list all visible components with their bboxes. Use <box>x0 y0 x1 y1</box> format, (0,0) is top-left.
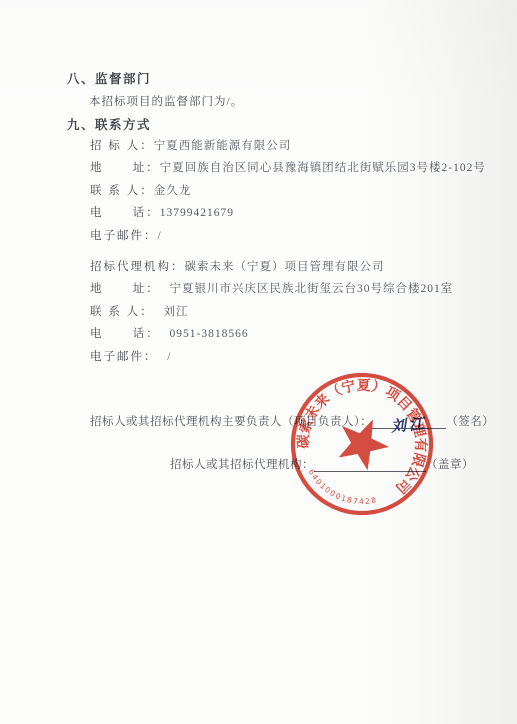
tenderer-label: 电子邮件： <box>90 230 158 242</box>
agency-row: 招标代理机构：碳索未来（宁夏）项目管理有限公司 <box>90 258 385 274</box>
agency-value: 0951-3818566 <box>170 328 249 340</box>
document-page: 八、监督部门 本招标项目的监督部门为/。 九、联系方式 招 标 人：宁夏西能新能… <box>0 0 517 724</box>
tenderer-label: 联 系 人： <box>90 185 154 197</box>
tenderer-row: 地 址：宁夏回族自治区同心县豫海镇团结北街赋乐园3号楼2-102号 <box>90 159 486 175</box>
agency-value: 宁夏银川市兴庆区民族北街玺云台30号综合楼201室 <box>170 283 454 295</box>
tenderer-value: / <box>158 230 162 242</box>
section-9-heading: 九、联系方式 <box>67 115 151 133</box>
agency-row: 电 话： 0951-3818566 <box>90 325 249 341</box>
agency-value: 刘江 <box>164 306 189 318</box>
agency-value: 碳索未来（宁夏）项目管理有限公司 <box>185 261 385 273</box>
tenderer-value: 13799421679 <box>160 207 234 219</box>
agency-label: 招标代理机构： <box>90 261 185 273</box>
agency-row: 地 址： 宁夏银川市兴庆区民族北街玺云台30号综合楼201室 <box>90 280 453 296</box>
agency-label: 电子邮件： <box>90 351 167 363</box>
seal-star <box>330 409 397 475</box>
agency-value: / <box>167 351 171 363</box>
tenderer-label: 地 址： <box>90 162 160 174</box>
tenderer-row: 招 标 人：宁夏西能新能源有限公司 <box>90 137 291 153</box>
agency-label: 联 系 人： <box>90 306 164 318</box>
tenderer-value: 宁夏西能新能源有限公司 <box>154 140 292 152</box>
tenderer-label: 招 标 人： <box>90 140 154 152</box>
agency-label: 地 址： <box>90 283 170 295</box>
tenderer-value: 金久龙 <box>154 185 192 197</box>
tenderer-row: 电 话：13799421679 <box>90 204 234 220</box>
agency-row: 电子邮件： / <box>90 348 171 364</box>
tenderer-row: 电子邮件：/ <box>90 227 162 243</box>
company-seal-stamp: 碳索未来（宁夏）项目管理有限公司 6401000187428 <box>256 338 467 549</box>
agency-label: 电 话： <box>90 328 170 340</box>
agency-row: 联 系 人： 刘江 <box>90 303 189 319</box>
tenderer-label: 电 话： <box>90 207 160 219</box>
section-8-body: 本招标项目的监督部门为/。 <box>89 93 243 109</box>
section-8-heading: 八、监督部门 <box>67 69 151 87</box>
tenderer-row: 联 系 人：金久龙 <box>90 182 191 198</box>
tenderer-value: 宁夏回族自治区同心县豫海镇团结北街赋乐园3号楼2-102号 <box>160 162 486 174</box>
